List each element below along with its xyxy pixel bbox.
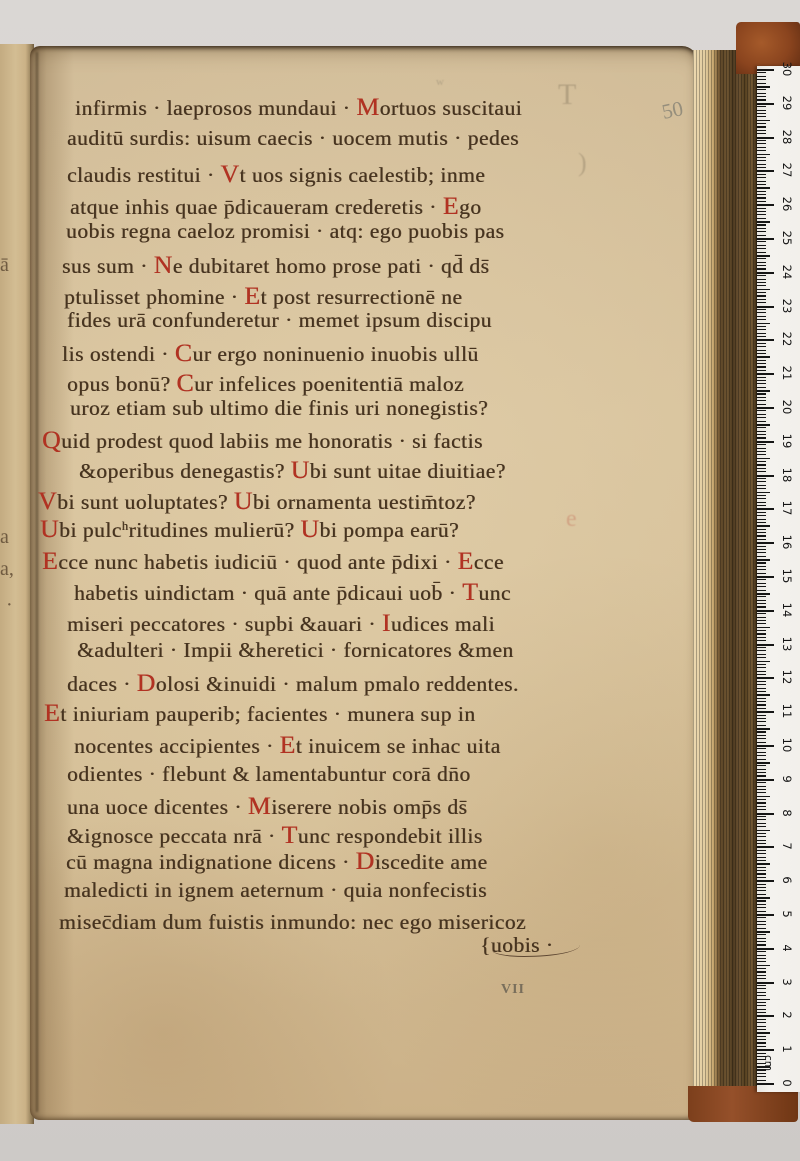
ruler-tick-half [757, 694, 770, 696]
rubricated-initial: E [280, 730, 296, 759]
ruler-tick-mm [757, 735, 766, 736]
ruler-number: 9 [780, 769, 794, 789]
manuscript-text-line: uroz etiam sub ultimo die finis uri none… [70, 396, 488, 421]
ruler-tick-mm [757, 421, 766, 422]
text-segment: misec̄diam dum fuistis inmundo: nec ego … [59, 910, 526, 934]
ruler-tick-half [757, 458, 770, 460]
ruler-tick-half [757, 154, 770, 156]
manuscript-text-line: claudis restitui · Vt uos signis caelest… [67, 159, 485, 189]
ruler-tick-mm [757, 877, 766, 878]
ruler-tick-mm [757, 312, 766, 313]
ruler-tick-mm [757, 799, 766, 800]
ruler-number: 27 [780, 160, 794, 180]
ruler-tick-mm [757, 708, 766, 709]
ruler-tick-mm [757, 911, 766, 912]
text-segment: uid prodest quod labiis me honoratis · s… [61, 429, 483, 453]
ruler-tick-mm [757, 1005, 766, 1006]
ruler-tick-mm [757, 958, 766, 959]
ruler-tick-mm [757, 1019, 766, 1020]
ruler-tick-mm [757, 268, 766, 269]
ruler-tick-mm [757, 194, 766, 195]
ruler-tick-cm [757, 407, 774, 409]
faded-margin-mark: ) [578, 148, 587, 178]
text-segment: cce nunc habetis iudiciū · quod ante p̄d… [58, 550, 457, 574]
ruler-tick-mm [757, 262, 766, 263]
rubricated-initial: U [40, 514, 59, 543]
text-segment: miseri peccatores · supbi &auari · [67, 612, 382, 636]
ruler-tick-mm [757, 370, 766, 371]
ruler-tick-cm [757, 542, 774, 544]
ruler-tick-mm [757, 228, 766, 229]
ruler-tick-mm [757, 393, 766, 394]
manuscript-text-line: uobis regna caeloz promisi · atq: ego pu… [66, 219, 504, 244]
measuring-ruler: cm 0123456789101112131415161718192021222… [757, 66, 800, 1092]
ruler-tick-mm [757, 400, 766, 401]
ruler-tick-cm [757, 204, 774, 206]
manuscript-text-line: misec̄diam dum fuistis inmundo: nec ego … [59, 910, 526, 935]
ruler-tick-mm [757, 941, 766, 942]
ruler-tick-mm [757, 532, 766, 533]
text-segment: uobis regna caeloz promisi · atq: ego pu… [66, 219, 504, 243]
ruler-tick-half [757, 323, 770, 325]
ruler-tick-mm [757, 383, 766, 384]
ruler-tick-cm [757, 475, 774, 477]
ruler-tick-mm [757, 160, 766, 161]
rubricated-initial: E [42, 546, 58, 575]
faded-margin-mark: T [558, 78, 576, 112]
manuscript-text-line: Vbi sunt uoluptates? Ubi ornamenta uesti… [38, 486, 476, 516]
rubricated-initial: N [154, 250, 173, 279]
ruler-tick-mm [757, 292, 766, 293]
ruler-tick-mm [757, 657, 766, 658]
ruler-tick-mm [757, 539, 766, 540]
text-segment: h [122, 519, 129, 533]
ruler-tick-mm [757, 752, 766, 753]
rubricated-initial: E [244, 281, 260, 310]
ruler-tick-mm [757, 596, 766, 597]
ruler-tick-mm [757, 873, 766, 874]
ruler-tick-mm [757, 698, 766, 699]
rubricated-initial: D [356, 846, 375, 875]
rubricated-initial: V [220, 159, 239, 188]
ruler-tick-half [757, 965, 770, 967]
text-segment: infirmis · laeprosos mundaui · [75, 96, 356, 120]
ruler-tick-half [757, 931, 770, 933]
ruler-number: 16 [780, 532, 794, 552]
ruler-tick-mm [757, 133, 766, 134]
text-segment: t inuicem se inhac uita [296, 734, 501, 758]
ruler-tick-mm [757, 731, 766, 732]
ruler-tick-mm [757, 701, 766, 702]
ruler-tick-mm [757, 755, 766, 756]
ruler-tick-mm [757, 461, 766, 462]
ruler-tick-mm [757, 404, 766, 405]
ruler-tick-mm [757, 1053, 766, 1054]
ruler-tick-half [757, 187, 770, 189]
ruler-tick-mm [757, 309, 766, 310]
ruler-tick-mm [757, 884, 766, 885]
ruler-tick-mm [757, 715, 766, 716]
ruler-tick-cm [757, 982, 774, 984]
ruler-tick-mm [757, 295, 766, 296]
ruler-tick-mm [757, 968, 766, 969]
ruler-tick-mm [757, 772, 766, 773]
ruler-number: 26 [780, 194, 794, 214]
ruler-tick-mm [757, 106, 766, 107]
rubricated-initial: V [38, 486, 57, 515]
ruler-tick-mm [757, 833, 766, 834]
ruler-number: 3 [780, 972, 794, 992]
ruler-tick-mm [757, 252, 766, 253]
ruler-tick-half [757, 830, 770, 832]
ruler-tick-mm [757, 782, 766, 783]
ruler-tick-mm [757, 769, 766, 770]
ruler-tick-mm [757, 197, 766, 198]
manuscript-text-line: opus bonū? Cur infelices poenitentiā mal… [67, 368, 464, 398]
text-segment: iscedite ame [375, 850, 488, 874]
ruler-tick-mm [757, 454, 766, 455]
rubricated-initial: U [291, 455, 310, 484]
ruler-tick-mm [757, 630, 766, 631]
ruler-tick-mm [757, 681, 766, 682]
ruler-tick-mm [757, 907, 766, 908]
ruler-tick-cm [757, 1015, 774, 1017]
text-segment: iserere nobis omp̄s ds̄ [271, 795, 467, 819]
ruler-tick-mm [757, 346, 766, 347]
ruler-tick-mm [757, 164, 766, 165]
manuscript-text-line: odientes · flebunt & lamentabuntur corā … [67, 762, 471, 787]
ruler-tick-mm [757, 299, 766, 300]
text-segment: t iniuriam pauperib; facientes · munera … [60, 702, 475, 726]
ruler-tick-mm [757, 343, 766, 344]
ruler-number: 0 [780, 1073, 794, 1093]
ruler-tick-mm [757, 1042, 766, 1043]
ruler-tick-mm [757, 674, 766, 675]
ruler-tick-mm [757, 113, 766, 114]
ruler-tick-mm [757, 792, 766, 793]
text-segment: bi sunt uoluptates? [57, 490, 234, 514]
text-segment: una uoce dicentes · [67, 795, 248, 819]
ruler-tick-mm [757, 437, 766, 438]
ruler-tick-mm [757, 867, 766, 868]
ruler-tick-mm [757, 519, 766, 520]
ruler-tick-mm [757, 928, 766, 929]
ruler-tick-mm [757, 894, 766, 895]
ruler-tick-mm [757, 417, 766, 418]
ruler-tick-mm [757, 650, 766, 651]
ruler-number: 11 [780, 701, 794, 721]
ruler-tick-mm [757, 978, 766, 979]
ruler-tick-mm [757, 738, 766, 739]
ruler-tick-mm [757, 786, 766, 787]
rubricated-initial: Q [42, 425, 61, 454]
ruler-tick-mm [757, 860, 766, 861]
ruler-tick-mm [757, 360, 766, 361]
rubricated-initial: E [44, 698, 60, 727]
ruler-tick-cm [757, 69, 774, 71]
ruler-tick-mm [757, 377, 766, 378]
ruler-number: 14 [780, 600, 794, 620]
ruler-tick-mm [757, 759, 766, 760]
ruler-tick-mm [757, 241, 766, 242]
ruler-tick-mm [757, 448, 766, 449]
ruler-tick-mm [757, 1026, 766, 1027]
ruler-tick-half [757, 424, 770, 426]
rubricated-initial: I [382, 608, 391, 637]
ruler-tick-cm [757, 846, 774, 848]
ruler-tick-mm [757, 363, 766, 364]
ruler-tick-mm [757, 414, 766, 415]
text-segment: lis ostendi · [62, 342, 175, 366]
ruler-tick-half [757, 1066, 770, 1068]
ruler-tick-mm [757, 938, 766, 939]
ruler-tick-mm [757, 245, 766, 246]
ruler-tick-mm [757, 637, 766, 638]
manuscript-text-line: daces · Dolosi &inuidi · malum pmalo red… [67, 668, 519, 698]
text-segment: sus sum · [62, 254, 154, 278]
ruler-tick-mm [757, 451, 766, 452]
ruler-tick-mm [757, 904, 766, 905]
manuscript-text-line: cū magna indignatione dicens · Discedite… [66, 846, 488, 876]
manuscript-text-block: infirmis · laeprosos mundaui · Mortuos s… [0, 0, 800, 1161]
ruler-number: 7 [780, 836, 794, 856]
ruler-tick-mm [757, 836, 766, 837]
ruler-number: 22 [780, 329, 794, 349]
ruler-number: 18 [780, 465, 794, 485]
ruler-tick-mm [757, 992, 766, 993]
ruler-tick-mm [757, 89, 766, 90]
ruler-tick-mm [757, 214, 766, 215]
ruler-tick-mm [757, 366, 766, 367]
ruler-tick-mm [757, 654, 766, 655]
ruler-tick-mm [757, 975, 766, 976]
ruler-tick-mm [757, 870, 766, 871]
ruler-tick-mm [757, 258, 766, 259]
text-segment: auditū surdis: uisum caecis · uocem muti… [67, 126, 519, 150]
ruler-tick-cm [757, 339, 774, 341]
ruler-tick-mm [757, 302, 766, 303]
manuscript-text-line: Ecce nunc habetis iudiciū · quod ante p̄… [42, 546, 504, 576]
ruler-tick-mm [757, 235, 766, 236]
ruler-tick-mm [757, 248, 766, 249]
ruler-tick-mm [757, 380, 766, 381]
ruler-tick-mm [757, 721, 766, 722]
ruler-tick-mm [757, 167, 766, 168]
ruler-tick-mm [757, 231, 766, 232]
manuscript-text-line: sus sum · Ne dubitaret homo prose pati ·… [62, 250, 489, 280]
ruler-tick-mm [757, 150, 766, 151]
text-segment: cce [474, 550, 504, 574]
text-segment: bi sunt uitae diuitiae? [310, 459, 506, 483]
ruler-tick-mm [757, 329, 766, 330]
ruler-tick-cm [757, 238, 774, 240]
ruler-tick-mm [757, 887, 766, 888]
ruler-tick-mm [757, 218, 766, 219]
ruler-tick-mm [757, 924, 766, 925]
ruler-tick-cm [757, 914, 774, 916]
ruler-tick-mm [757, 633, 766, 634]
ruler-tick-mm [757, 485, 766, 486]
ruler-tick-mm [757, 481, 766, 482]
ruler-tick-cm [757, 373, 774, 375]
ruler-tick-mm [757, 613, 766, 614]
ruler-tick-mm [757, 427, 766, 428]
text-segment: cū magna indignatione dicens · [66, 850, 356, 874]
ruler-tick-cm [757, 677, 774, 679]
ruler-tick-mm [757, 1059, 766, 1060]
ruler-tick-mm [757, 802, 766, 803]
ruler-tick-mm [757, 512, 766, 513]
ruler-tick-mm [757, 319, 766, 320]
ruler-tick-mm [757, 1069, 766, 1070]
faded-margin-mark: w [436, 76, 444, 88]
ruler-tick-mm [757, 76, 766, 77]
text-segment: udices mali [391, 612, 495, 636]
ruler-number: 5 [780, 904, 794, 924]
ruler-tick-mm [757, 816, 766, 817]
ruler-tick-mm [757, 282, 766, 283]
manuscript-text-line: lis ostendi · Cur ergo noninuenio inuobi… [62, 338, 479, 368]
ruler-tick-mm [757, 177, 766, 178]
ruler-tick-mm [757, 684, 766, 685]
ruler-tick-mm [757, 569, 766, 570]
ruler-number: 20 [780, 397, 794, 417]
ruler-tick-mm [757, 995, 766, 996]
ruler-tick-mm [757, 890, 766, 891]
ruler-tick-mm [757, 900, 766, 901]
ruler-tick-mm [757, 181, 766, 182]
ruler-tick-half [757, 492, 770, 494]
ruler-tick-mm [757, 921, 766, 922]
ruler-tick-mm [757, 840, 766, 841]
ruler-tick-mm [757, 72, 766, 73]
rubricated-initial: T [281, 820, 297, 849]
ruler-tick-mm [757, 664, 766, 665]
ruler-tick-mm [757, 123, 766, 124]
manuscript-text-line: maledicti in ignem aeternum · quia nonfe… [64, 878, 487, 903]
ruler-number: 30 [780, 59, 794, 79]
ruler-tick-mm [757, 789, 766, 790]
rubricated-initial: M [248, 791, 271, 820]
ruler-tick-mm [757, 1012, 766, 1013]
ruler-tick-mm [757, 211, 766, 212]
ruler-tick-mm [757, 116, 766, 117]
text-segment: { [480, 933, 491, 957]
ruler-tick-cm [757, 441, 774, 443]
ruler-tick-mm [757, 498, 766, 499]
ruler-number: 1 [780, 1039, 794, 1059]
ruler-tick-mm [757, 617, 766, 618]
ruler-tick-mm [757, 944, 766, 945]
text-segment: nocentes accipientes · [74, 734, 280, 758]
manuscript-text-line: nocentes accipientes · Et inuicem se inh… [74, 730, 501, 760]
ruler-tick-cm [757, 1049, 774, 1051]
ruler-tick-mm [757, 951, 766, 952]
ruler-tick-half [757, 356, 770, 358]
rubricated-initial: E [443, 191, 459, 220]
ruler-tick-mm [757, 552, 766, 553]
text-segment: claudis restitui · [67, 163, 220, 187]
ruler-tick-mm [757, 985, 766, 986]
rubricated-initial: U [234, 486, 253, 515]
ruler-tick-mm [757, 1039, 766, 1040]
ruler-tick-mm [757, 201, 766, 202]
ruler-tick-mm [757, 961, 766, 962]
ruler-number: 10 [780, 735, 794, 755]
ruler-tick-mm [757, 546, 766, 547]
ruler-tick-mm [757, 143, 766, 144]
ruler-tick-half [757, 661, 770, 663]
ruler-number: 17 [780, 498, 794, 518]
text-segment: bi ornamenta uestim̄toz? [253, 490, 476, 514]
ruler-tick-mm [757, 566, 766, 567]
ruler-tick-mm [757, 529, 766, 530]
ruler-tick-cm [757, 272, 774, 274]
ruler-tick-mm [757, 275, 766, 276]
ruler-tick-half [757, 255, 770, 257]
ruler-tick-mm [757, 184, 766, 185]
ruler-tick-mm [757, 96, 766, 97]
ruler-tick-cm [757, 576, 774, 578]
ruler-tick-mm [757, 285, 766, 286]
text-segment: odientes · flebunt & lamentabuntur corā … [67, 762, 471, 786]
ruler-tick-mm [757, 110, 766, 111]
manuscript-text-line: Ubi pulchritudines mulierū? Ubi pompa ea… [40, 514, 459, 544]
ruler-tick-mm [757, 316, 766, 317]
ruler-tick-cm [757, 103, 774, 105]
ruler-tick-mm [757, 934, 766, 935]
ruler-tick-mm [757, 434, 766, 435]
ruler-tick-mm [757, 444, 766, 445]
ruler-number: 15 [780, 566, 794, 586]
ruler-tick-mm [757, 1002, 766, 1003]
ruler-tick-mm [757, 556, 766, 557]
ruler-tick-cm [757, 306, 774, 308]
text-segment: e dubitaret homo prose pati · qd̄ ds̄ [173, 254, 490, 278]
ruler-tick-mm [757, 431, 766, 432]
ruler-tick-mm [757, 1076, 766, 1077]
ruler-tick-mm [757, 502, 766, 503]
ruler-tick-mm [757, 336, 766, 337]
text-segment: daces · [67, 672, 137, 696]
ruler-tick-half [757, 559, 770, 561]
ruler-tick-mm [757, 1022, 766, 1023]
text-segment: unc [478, 581, 511, 605]
ruler-tick-mm [757, 130, 766, 131]
ruler-tick-cm [757, 813, 774, 815]
text-segment: olosi &inuidi · malum pmalo reddentes. [156, 672, 519, 696]
ruler-tick-cm [757, 880, 774, 882]
ruler-tick-mm [757, 1080, 766, 1081]
ruler-tick-mm [757, 765, 766, 766]
ruler-tick-half [757, 999, 770, 1001]
ruler-tick-mm [757, 623, 766, 624]
ruler-tick-mm [757, 748, 766, 749]
ruler-tick-mm [757, 606, 766, 607]
ruler-tick-half [757, 289, 770, 291]
ruler-number: 19 [780, 431, 794, 451]
ruler-tick-mm [757, 988, 766, 989]
ruler-tick-mm [757, 350, 766, 351]
ruler-tick-mm [757, 603, 766, 604]
ruler-tick-mm [757, 174, 766, 175]
text-segment: unc respondebit illis [298, 824, 483, 848]
rubricated-initial: E [458, 546, 474, 575]
ruler-tick-mm [757, 535, 766, 536]
text-segment: fides urā confunderetur · memet ipsum di… [67, 308, 492, 332]
ruler-tick-mm [757, 1046, 766, 1047]
manuscript-text-line: &adulteri · Impii &heretici · fornicator… [77, 638, 514, 663]
